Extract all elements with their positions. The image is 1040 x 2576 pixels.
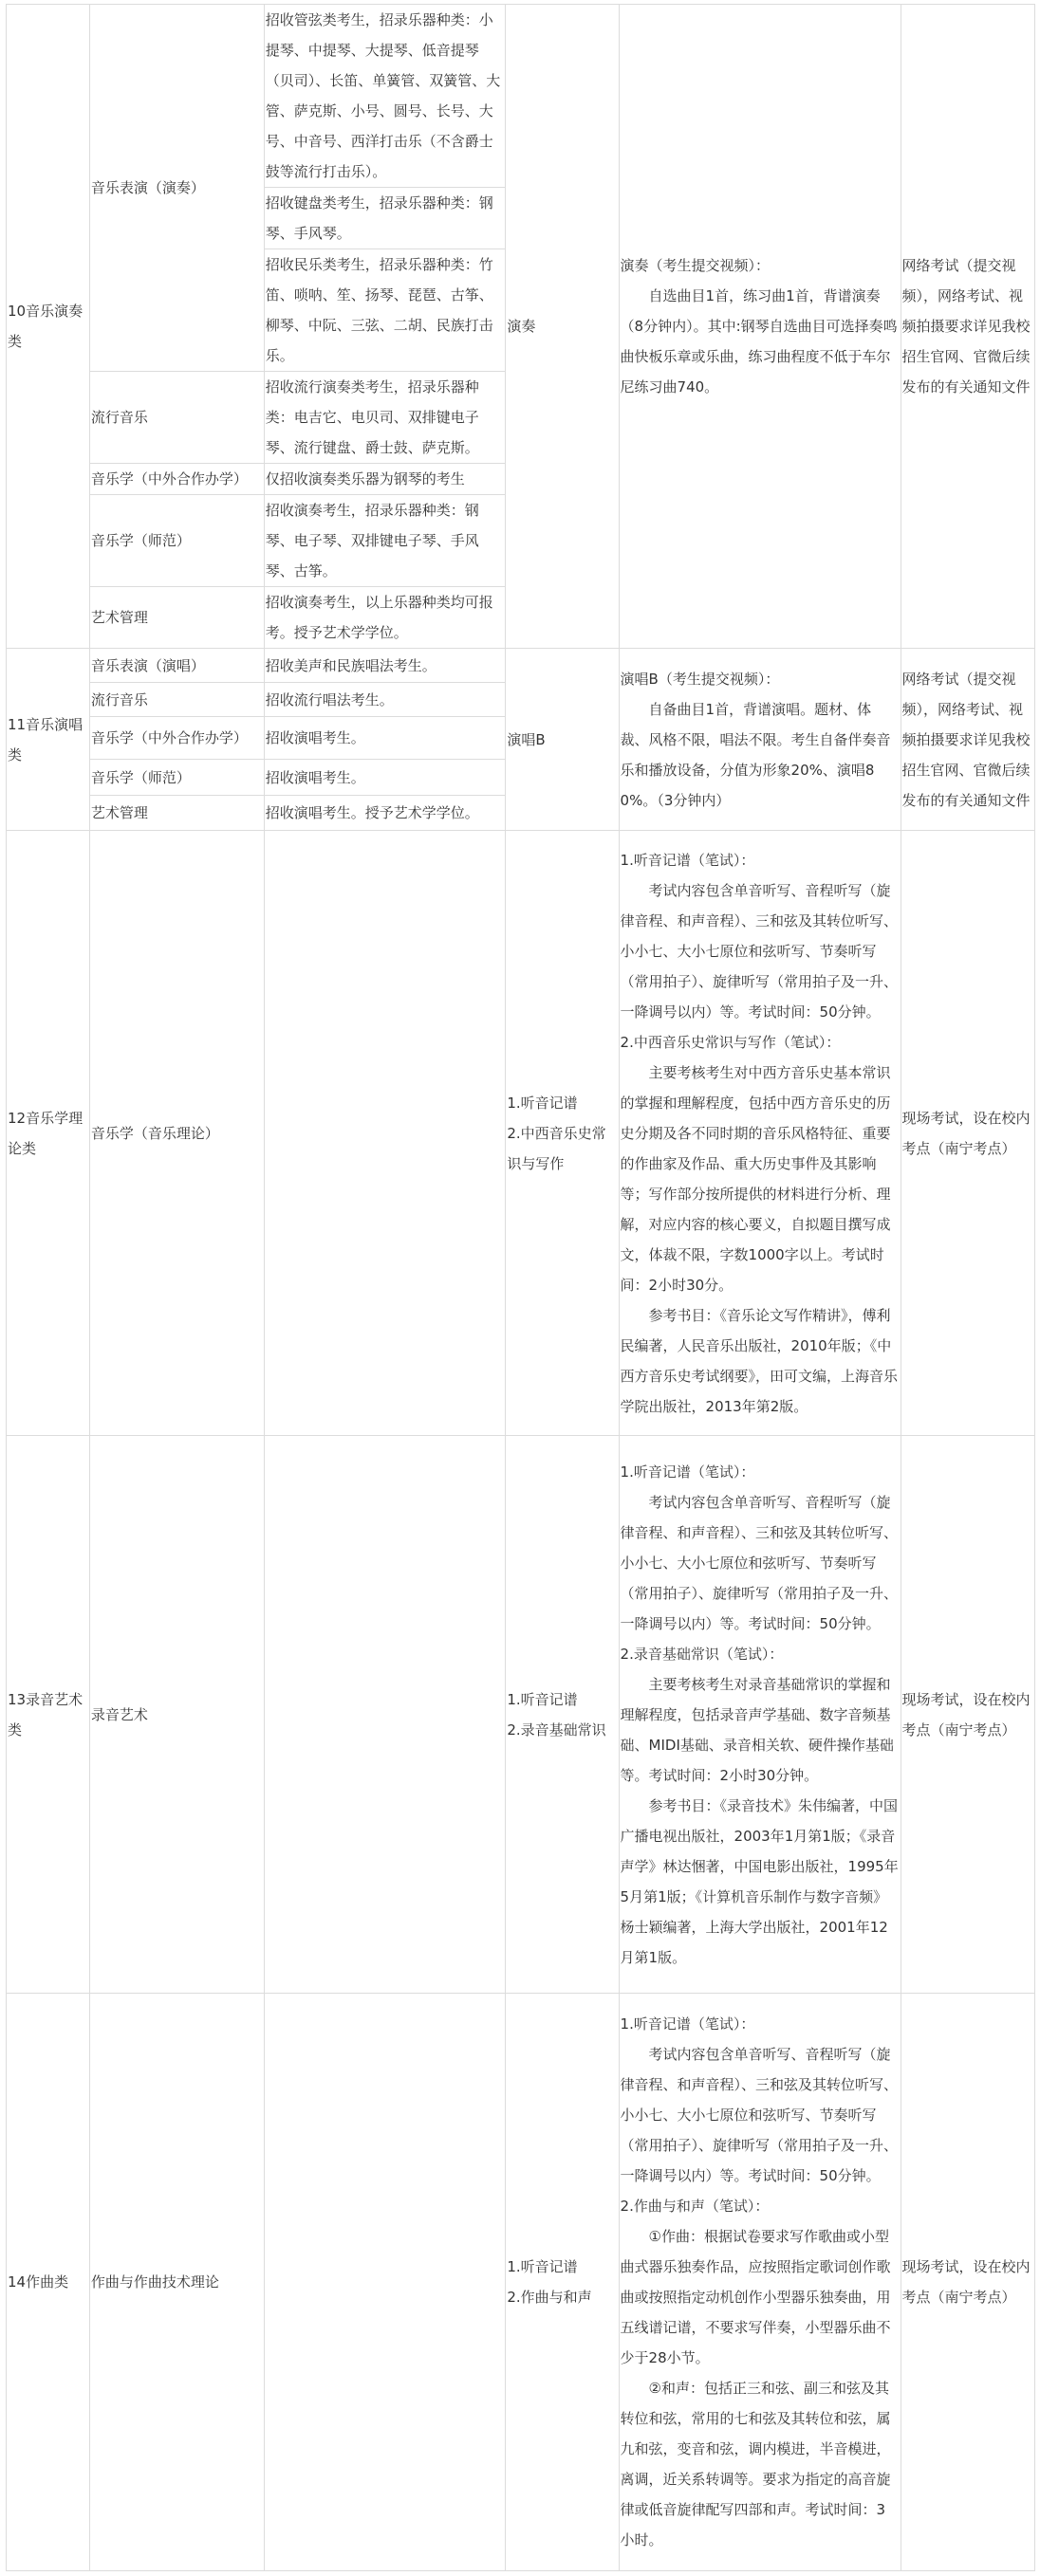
table-row: 13录音艺术类 录音艺术 1.听音记谱 2.录音基础常识 1.听音记谱（笔试）：… <box>7 1436 1035 1994</box>
content-title: 2.录音基础常识（笔试）： <box>621 1639 900 1669</box>
content-paragraph: 参考书目：《音乐论文写作精讲》，傅利民编著，人民音乐出版社，2010年版；《中西… <box>621 1300 900 1422</box>
category-cell: 11音乐演唱类 <box>7 649 90 831</box>
exam-form-cell: 现场考试，设在校内考点（南宁考点） <box>901 831 1034 1436</box>
subjects-cell: 1.听音记谱 2.中西音乐史常识与写作 <box>506 831 619 1436</box>
subject-item: 2.作曲与和声 <box>507 2282 617 2312</box>
table-row: 10音乐演奏类 音乐表演（演奏） 招收管弦类考生，招录乐器种类：小提琴、中提琴、… <box>7 5 1035 188</box>
requirement-cell: 招收键盘类考生，招录乐器种类：钢琴、手风琴。 <box>264 188 506 249</box>
content-cell: 1.听音记谱（笔试）： 考试内容包含单音听写、音程听写（旋律音程、和声音程）、三… <box>619 831 901 1436</box>
major-cell: 流行音乐 <box>89 372 264 464</box>
table-row: 14作曲类 作曲与作曲技术理论 1.听音记谱 2.作曲与和声 1.听音记谱（笔试… <box>7 1994 1035 2571</box>
requirement-cell: 招收流行唱法考生。 <box>264 683 506 717</box>
content-paragraph: 主要考核考生对录音基础常识的掌握和理解程度，包括录音声学基础、数字音频基础、MI… <box>621 1669 900 1791</box>
content-paragraph: 自选曲目1首，练习曲1首，背谱演奏（8分钟内）。其中:钢琴自选曲目可选择奏鸣曲快… <box>621 281 900 402</box>
requirement-cell <box>264 1994 506 2571</box>
content-title: 2.作曲与和声（笔试）： <box>621 2191 900 2221</box>
major-cell: 录音艺术 <box>89 1436 264 1994</box>
content-cell: 演奏（考生提交视频）： 自选曲目1首，练习曲1首，背谱演奏（8分钟内）。其中:钢… <box>619 5 901 649</box>
content-cell: 1.听音记谱（笔试）： 考试内容包含单音听写、音程听写（旋律音程、和声音程）、三… <box>619 1436 901 1994</box>
exam-form-cell: 网络考试（提交视频），网络考试、视频拍摄要求详见我校招生官网、官微后续发布的有关… <box>901 649 1034 831</box>
content-cell: 1.听音记谱（笔试）： 考试内容包含单音听写、音程听写（旋律音程、和声音程）、三… <box>619 1994 901 2571</box>
content-title: 1.听音记谱（笔试）： <box>621 2009 900 2039</box>
content-title: 演奏（考生提交视频）： <box>621 250 900 281</box>
major-cell: 音乐学（中外合作办学） <box>89 717 264 760</box>
category-cell: 14作曲类 <box>7 1994 90 2571</box>
requirement-cell <box>264 1436 506 1994</box>
requirement-cell: 招收演唱考生。 <box>264 717 506 760</box>
content-paragraph: 主要考核考生对中西方音乐史基本常识的掌握和理解程度，包括中西方音乐史的历史分期及… <box>621 1058 900 1300</box>
requirement-cell: 仅招收演奏类乐器为钢琴的考生 <box>264 464 506 495</box>
exam-form-cell: 网络考试（提交视频），网络考试、视频拍摄要求详见我校招生官网、官微后续发布的有关… <box>901 5 1034 649</box>
content-title: 2.中西音乐史常识与写作（笔试）： <box>621 1027 900 1058</box>
major-cell: 音乐表演（演唱） <box>89 649 264 683</box>
content-paragraph: ①作曲：根据试卷要求写作歌曲或小型曲式器乐独奏作品，应按照指定歌词创作歌曲或按照… <box>621 2221 900 2373</box>
subjects-cell: 1.听音记谱 2.录音基础常识 <box>506 1436 619 1994</box>
subject-item: 2.中西音乐史常识与写作 <box>507 1118 617 1179</box>
content-title: 1.听音记谱（笔试）： <box>621 845 900 875</box>
content-paragraph: 参考书目：《录音技术》朱伟编著，中国广播电视出版社，2003年1月第1版；《录音… <box>621 1791 900 1973</box>
major-cell: 艺术管理 <box>89 587 264 649</box>
content-paragraph: 考试内容包含单音听写、音程听写（旋律音程、和声音程）、三和弦及其转位听写、小小七… <box>621 2039 900 2191</box>
major-cell: 流行音乐 <box>89 683 264 717</box>
major-cell: 艺术管理 <box>89 796 264 831</box>
requirement-cell: 招收演唱考生。授予艺术学学位。 <box>264 796 506 831</box>
table-row: 11音乐演唱类 音乐表演（演唱） 招收美声和民族唱法考生。 演唱B 演唱B（考生… <box>7 649 1035 683</box>
requirement-cell: 招收演唱考生。 <box>264 760 506 796</box>
subject-item: 2.录音基础常识 <box>507 1715 617 1745</box>
content-paragraph: 自备曲目1首，背谱演唱。题材、体裁、风格不限，唱法不限。考生自备伴奏音乐和播放设… <box>621 694 900 816</box>
content-cell: 演唱B（考生提交视频）： 自备曲目1首，背谱演唱。题材、体裁、风格不限，唱法不限… <box>619 649 901 831</box>
content-title: 1.听音记谱（笔试）： <box>621 1457 900 1487</box>
category-cell: 13录音艺术类 <box>7 1436 90 1994</box>
requirement-cell: 招收演奏考生，招录乐器种类：钢琴、电子琴、双排键电子琴、手风琴、古筝。 <box>264 495 506 587</box>
requirement-cell: 招收美声和民族唱法考生。 <box>264 649 506 683</box>
requirement-cell: 招收民乐类考生，招录乐器种类：竹笛、唢呐、笙、扬琴、琵琶、古筝、柳琴、中阮、三弦… <box>264 249 506 372</box>
major-cell: 音乐学（音乐理论） <box>89 831 264 1436</box>
major-cell: 作曲与作曲技术理论 <box>89 1994 264 2571</box>
requirement-cell: 招收演奏考生，以上乐器种类均可报考。授予艺术学学位。 <box>264 587 506 649</box>
major-cell: 音乐学（师范） <box>89 495 264 587</box>
subject-item: 1.听音记谱 <box>507 1684 617 1715</box>
subject-item: 1.听音记谱 <box>507 2252 617 2282</box>
content-paragraph: 考试内容包含单音听写、音程听写（旋律音程、和声音程）、三和弦及其转位听写、小小七… <box>621 875 900 1027</box>
category-cell: 10音乐演奏类 <box>7 5 90 649</box>
exam-requirements-table: 10音乐演奏类 音乐表演（演奏） 招收管弦类考生，招录乐器种类：小提琴、中提琴、… <box>6 4 1035 2571</box>
content-paragraph: ②和声：包括正三和弦、副三和弦及其转位和弦，常用的七和弦及其转位和弦，属九和弦，… <box>621 2373 900 2555</box>
requirement-cell: 招收管弦类考生，招录乐器种类：小提琴、中提琴、大提琴、低音提琴（贝司）、长笛、单… <box>264 5 506 188</box>
subjects-cell: 演奏 <box>506 5 619 649</box>
table-row: 12音乐学理论类 音乐学（音乐理论） 1.听音记谱 2.中西音乐史常识与写作 1… <box>7 831 1035 1436</box>
subject-item: 1.听音记谱 <box>507 1088 617 1118</box>
content-title: 演唱B（考生提交视频）： <box>621 664 900 694</box>
subjects-cell: 1.听音记谱 2.作曲与和声 <box>506 1994 619 2571</box>
document-page: 10音乐演奏类 音乐表演（演奏） 招收管弦类考生，招录乐器种类：小提琴、中提琴、… <box>0 0 1040 2576</box>
exam-form-cell: 现场考试，设在校内考点（南宁考点） <box>901 1436 1034 1994</box>
requirement-cell: 招收流行演奏类考生，招录乐器种类：电吉它、电贝司、双排键电子琴、流行键盘、爵士鼓… <box>264 372 506 464</box>
exam-form-cell: 现场考试，设在校内考点（南宁考点） <box>901 1994 1034 2571</box>
subjects-cell: 演唱B <box>506 649 619 831</box>
major-cell: 音乐表演（演奏） <box>89 5 264 372</box>
content-paragraph: 考试内容包含单音听写、音程听写（旋律音程、和声音程）、三和弦及其转位听写、小小七… <box>621 1487 900 1639</box>
major-cell: 音乐学（中外合作办学） <box>89 464 264 495</box>
category-cell: 12音乐学理论类 <box>7 831 90 1436</box>
major-cell: 音乐学（师范） <box>89 760 264 796</box>
requirement-cell <box>264 831 506 1436</box>
